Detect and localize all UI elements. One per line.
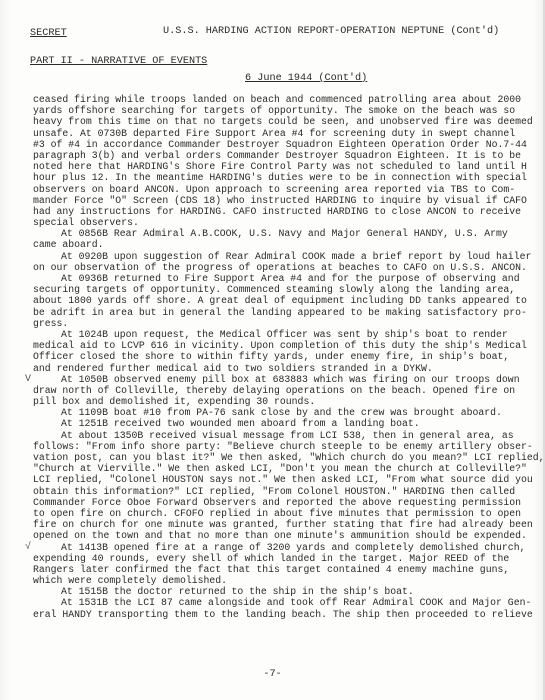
text-line: "Church at Vierville." We then asked LCI… [33, 463, 513, 474]
text-line: yards offshore searching for targets of … [33, 105, 513, 116]
part-heading: PART II - NARRATIVE OF EVENTS [30, 56, 207, 67]
line-text: be adrift in area but in general the lan… [33, 307, 527, 318]
line-text: mander Force "O" Screen (CDS 18) who ins… [33, 195, 527, 206]
line-text: At 0936B returned to Fire Support Area #… [61, 273, 520, 284]
line-text: about 1800 yards off shore. A great deal… [33, 295, 527, 306]
text-line: vation post, can you blast it?" We then … [33, 452, 513, 463]
line-text: eral HANDY transporting them to the land… [33, 609, 533, 620]
text-line: paragraph 3(b) and verbal orders Command… [33, 150, 513, 161]
text-line: had any instructions for HARDING. CAFO i… [33, 206, 513, 217]
line-text: and rendered further medical aid to two … [33, 363, 433, 374]
line-text: ceased firing while troops landed on bea… [33, 94, 521, 105]
text-line: draw north of Colleville, thereby delayi… [33, 385, 513, 396]
line-text: came aboard. [33, 239, 104, 250]
text-line: follows: "From info shore party: "Believ… [33, 441, 513, 452]
page-number: -7- [0, 669, 545, 680]
line-text: draw north of Colleville, thereby delayi… [33, 385, 515, 396]
line-text: pill box and demolished it, expending 30… [33, 396, 315, 407]
text-line: LCI replied, "Colonel HOUSTON says not."… [33, 474, 513, 485]
text-line: obtain this information?" LCI replied, "… [33, 486, 513, 497]
text-line: pill box and demolished it, expending 30… [33, 396, 513, 407]
date-heading: 6 June 1944 (Cont'd) [245, 73, 367, 84]
line-text: on our observation of the progress of op… [33, 262, 527, 273]
line-text: unsafe. At 0730B departed Fire Support A… [33, 128, 515, 139]
line-text: At 0920B upon suggestion of Rear Admiral… [61, 251, 531, 262]
text-line: which were completely demolished. [33, 575, 513, 586]
text-line: Officer closed the shore to within fifty… [33, 351, 513, 362]
text-line: mander Force "O" Screen (CDS 18) who ins… [33, 195, 513, 206]
text-line: be adrift in area but in general the lan… [33, 307, 513, 318]
line-text: At about 1350B received visual message f… [61, 430, 514, 441]
line-text: Officer closed the shore to within fifty… [33, 351, 509, 362]
line-text: securing targets of opportunity. Commenc… [33, 284, 515, 295]
page-header: SECRET U.S.S. HARDING ACTION REPORT-OPER… [30, 26, 515, 40]
text-line: about 1800 yards off shore. A great deal… [33, 295, 513, 306]
text-line: observers on board ANCON. Upon approach … [33, 184, 513, 195]
line-text: paragraph 3(b) and verbal orders Command… [33, 150, 521, 161]
text-line: At 0856B Rear Admiral A.B.COOK, U.S. Nav… [33, 228, 513, 239]
text-line: securing targets of opportunity. Commenc… [33, 284, 513, 295]
line-text: which were completely demolished. [33, 575, 227, 586]
text-line: on our observation of the progress of op… [33, 262, 513, 273]
line-text: At 1413B opened fire at a range of 3200 … [61, 542, 525, 553]
line-text: At 1024B upon request, the Medical Offic… [61, 329, 508, 340]
document-page: SECRET U.S.S. HARDING ACTION REPORT-OPER… [0, 0, 545, 700]
text-line: gress. [33, 318, 513, 329]
text-line: At 1024B upon request, the Medical Offic… [33, 329, 513, 340]
text-line: #3 of #4 in accordance Commander Destroy… [33, 139, 513, 150]
line-text: gress. [33, 318, 68, 329]
line-text: Rangers later confirmed the fact that th… [33, 564, 509, 575]
line-text: had any instructions for HARDING. CAFO i… [33, 206, 521, 217]
text-line: heavy from this time on that no targets … [33, 116, 513, 127]
line-text: noted here that HARDING's Shore Fire Con… [33, 161, 527, 172]
line-text: follows: "From info shore party: "Believ… [33, 441, 533, 452]
text-line: Commander Force Oboe Forward Observers a… [33, 497, 513, 508]
text-line: At about 1350B received visual message f… [33, 430, 513, 441]
text-line: came aboard. [33, 239, 513, 250]
line-text: Commander Force Oboe Forward Observers a… [33, 497, 521, 508]
line-text: vation post, can you blast it?" We then … [33, 452, 544, 463]
line-text: yards offshore searching for targets of … [33, 105, 515, 116]
line-text: to open fire on church. CFOFO replied in… [33, 508, 521, 519]
line-text: special observers. [33, 217, 139, 228]
text-line: ceased firing while troops landed on bea… [33, 94, 513, 105]
text-line: At 1515B the doctor returned to the ship… [33, 586, 513, 597]
line-text: At 1515B the doctor returned to the ship… [61, 586, 414, 597]
line-text: heavy from this time on that no targets … [33, 116, 533, 127]
text-line: eral HANDY transporting them to the land… [33, 609, 513, 620]
line-text: At 1050B observed enemy pill box at 6838… [61, 374, 520, 385]
text-line: Rangers later confirmed the fact that th… [33, 564, 513, 575]
text-line: special observers. [33, 217, 513, 228]
check-mark-icon: √ [25, 542, 31, 553]
text-line: hour plus 12. In the meantime HARDING's … [33, 172, 513, 183]
text-line: medical aid to LCVP 616 in vicinity. Upo… [33, 340, 513, 351]
text-line: to open fire on church. CFOFO replied in… [33, 508, 513, 519]
line-text: obtain this information?" LCI replied, "… [33, 486, 515, 497]
line-text: medical aid to LCVP 616 in vicinity. Upo… [33, 340, 527, 351]
text-line: At 0936B returned to Fire Support Area #… [33, 273, 513, 284]
text-line: At 1109B boat #10 from PA-76 sank close … [33, 407, 513, 418]
classification-marking: SECRET [30, 28, 67, 39]
line-text: expending 40 rounds, every shell of whic… [33, 553, 509, 564]
line-text: At 1251B received two wounded men aboard… [61, 418, 420, 429]
line-text: LCI replied, "Colonel HOUSTON says not."… [33, 474, 533, 485]
line-text: At 1531B the LCI 87 came alongside and t… [61, 597, 531, 608]
line-text: hour plus 12. In the meantime HARDING's … [33, 172, 527, 183]
text-line: At 1251B received two wounded men aboard… [33, 418, 513, 429]
text-line: VAt 1050B observed enemy pill box at 683… [33, 374, 513, 385]
line-text: observers on board ANCON. Upon approach … [33, 184, 515, 195]
text-line: √At 1413B opened fire at a range of 3200… [33, 542, 513, 553]
line-text: fire on church for one minute was grante… [33, 519, 533, 530]
text-line: and rendered further medical aid to two … [33, 363, 513, 374]
text-line: unsafe. At 0730B departed Fire Support A… [33, 128, 513, 139]
line-text: At 0856B Rear Admiral A.B.COOK, U.S. Nav… [61, 228, 508, 239]
line-text: At 1109B boat #10 from PA-76 sank close … [61, 407, 502, 418]
text-line: expending 40 rounds, every shell of whic… [33, 553, 513, 564]
check-mark-icon: V [25, 374, 31, 385]
narrative-body: ceased firing while troops landed on bea… [33, 94, 513, 620]
text-line: At 0920B upon suggestion of Rear Admiral… [33, 251, 513, 262]
line-text: "Church at Vierville." We then asked LCI… [33, 463, 527, 474]
text-line: opened on the town and that no more than… [33, 530, 513, 541]
text-line: fire on church for one minute was grante… [33, 519, 513, 530]
text-line: noted here that HARDING's Shore Fire Con… [33, 161, 513, 172]
line-text: #3 of #4 in accordance Commander Destroy… [33, 139, 527, 150]
text-line: At 1531B the LCI 87 came alongside and t… [33, 597, 513, 608]
line-text: opened on the town and that no more than… [33, 530, 527, 541]
document-title: U.S.S. HARDING ACTION REPORT-OPERATION N… [163, 26, 499, 37]
